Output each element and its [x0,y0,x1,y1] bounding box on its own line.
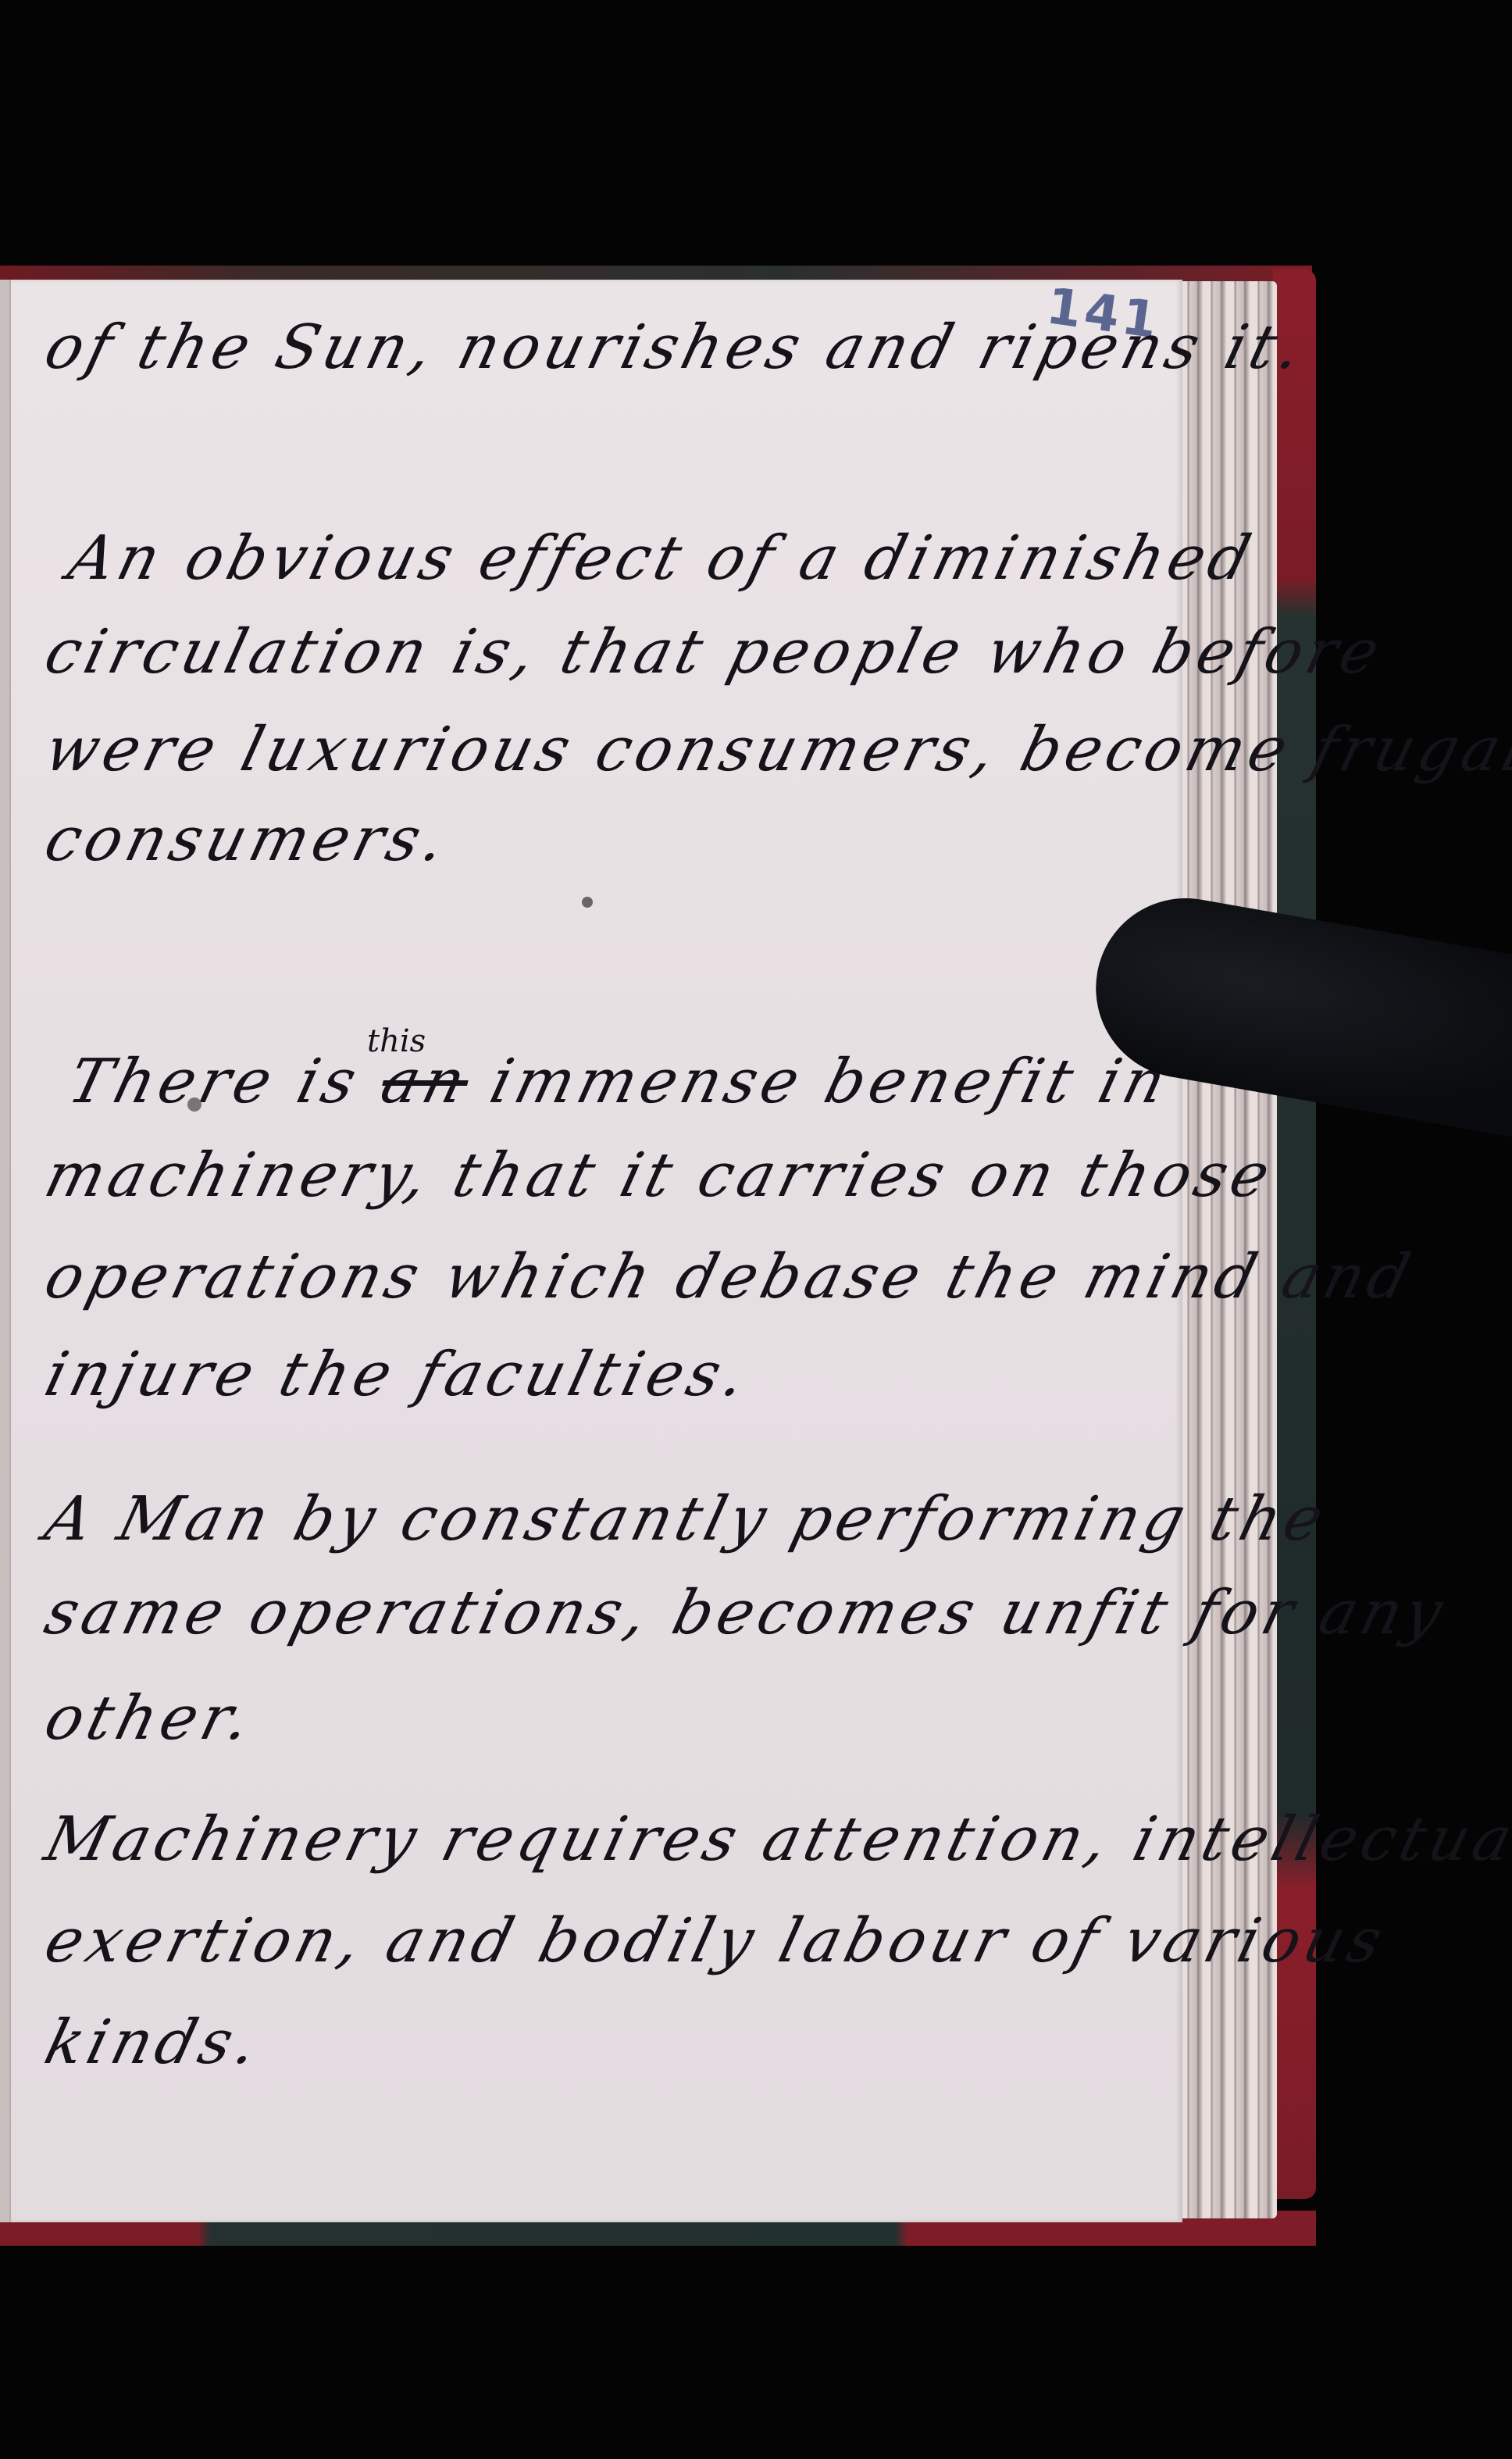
text-line: consumers. [38,805,457,875]
ink-blot [582,897,593,908]
text-line: circulation is, that people who before [38,617,1391,687]
text-line: injure the faculties. [38,1340,757,1410]
ink-blot [187,1097,201,1112]
text-line: kinds. [38,2008,269,2078]
facing-page-gutter [0,280,9,2222]
text-line: A Man by constantly performing the [38,1484,1335,1554]
text-line: Machinery requires attention, intellectu… [38,1804,1512,1875]
text-line: machinery, that it carries on those [38,1140,1281,1211]
text-fragment: There is [62,1047,368,1117]
text-fragment: immense benefit in [483,1047,1177,1117]
text-line-with-correction: There is an immense benefit in [62,1047,1177,1117]
text-line: of the Sun, nourishes and ripens it. [38,312,1313,383]
text-line: An obvious effect of a diminished [62,523,1262,594]
text-line: other. [38,1683,262,1754]
text-line: same operations, becomes unfit for any [38,1578,1454,1648]
inserted-word: this [367,1023,426,1059]
text-line: exertion, and bodily labour of various [38,1906,1393,1976]
text-line: operations which debase the mind and [38,1242,1421,1312]
text-line: were luxurious consumers, become frugal [38,715,1512,785]
